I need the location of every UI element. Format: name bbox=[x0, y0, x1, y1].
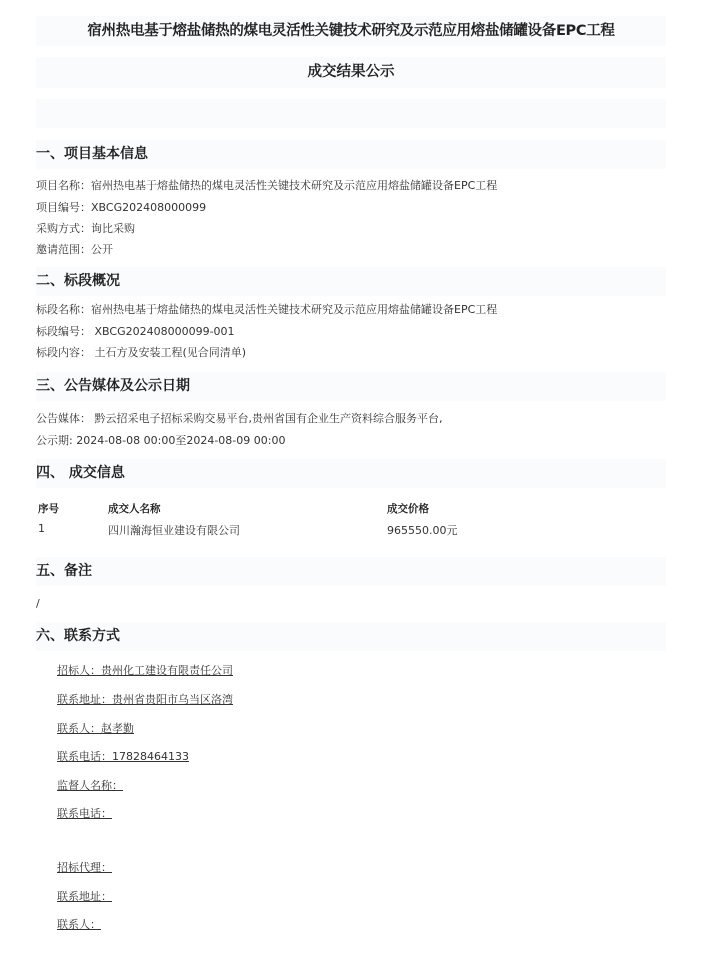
row-winner: 四川瀚海恒业建设有限公司 bbox=[108, 522, 240, 538]
section-heading-basic-info: 一、项目基本信息 bbox=[36, 140, 666, 169]
table-header-winner: 成交人名称 bbox=[108, 501, 161, 516]
contact-person: 联系人：赵孝勤 bbox=[57, 722, 134, 736]
section-heading-remarks: 五、备注 bbox=[36, 557, 666, 586]
section-heading-deal-info: 四、 成交信息 bbox=[36, 459, 666, 488]
supervisor-name: 监督人名称： bbox=[57, 779, 123, 793]
blank-band bbox=[36, 99, 666, 128]
contact-address: 联系地址：贵州省贵阳市乌当区洛湾 bbox=[57, 693, 233, 707]
project-number: 项目编号：XBCG202408000099 bbox=[36, 201, 206, 215]
document-subtitle: 成交结果公示 bbox=[36, 57, 666, 88]
procurement-method: 采购方式：询比采购 bbox=[36, 222, 135, 236]
lot-number: 标段编号： XBCG202408000099-001 bbox=[36, 325, 235, 339]
document-title: 宿州热电基于熔盐储热的煤电灵活性关键技术研究及示范应用熔盐储罐设备EPC工程 bbox=[36, 16, 666, 46]
agency-address: 联系地址： bbox=[57, 890, 112, 904]
announcement-media: 公告媒体： 黔云招采电子招标采购交易平台,贵州省国有企业生产资料综合服务平台, bbox=[36, 412, 443, 426]
row-price: 965550.00元 bbox=[387, 522, 458, 538]
table-header-price: 成交价格 bbox=[387, 501, 429, 516]
agency-contact-person: 联系人： bbox=[57, 918, 101, 932]
row-index: 1 bbox=[38, 522, 45, 535]
remarks-text: / bbox=[36, 597, 40, 611]
section-heading-media-dates: 三、公告媒体及公示日期 bbox=[36, 372, 666, 401]
section-heading-contact: 六、联系方式 bbox=[36, 622, 666, 651]
lot-name: 标段名称：宿州热电基于熔盐储热的煤电灵活性关键技术研究及示范应用熔盐储罐设备EP… bbox=[36, 303, 497, 317]
project-name: 项目名称：宿州热电基于熔盐储热的煤电灵活性关键技术研究及示范应用熔盐储罐设备EP… bbox=[36, 179, 497, 193]
lot-content: 标段内容： 土石方及安装工程(见合同清单) bbox=[36, 346, 246, 360]
invitation-scope: 邀请范围：公开 bbox=[36, 243, 113, 257]
contact-phone: 联系电话：17828464133 bbox=[57, 750, 189, 764]
agency-name: 招标代理： bbox=[57, 861, 112, 875]
publicity-period: 公示期: 2024-08-08 00:00至2024-08-09 00:00 bbox=[36, 434, 285, 448]
table-header-index: 序号 bbox=[38, 501, 59, 516]
supervisor-phone: 联系电话： bbox=[57, 807, 112, 821]
contact-tenderer: 招标人：贵州化工建设有限责任公司 bbox=[57, 664, 233, 678]
section-heading-lot-overview: 二、标段概况 bbox=[36, 267, 666, 296]
